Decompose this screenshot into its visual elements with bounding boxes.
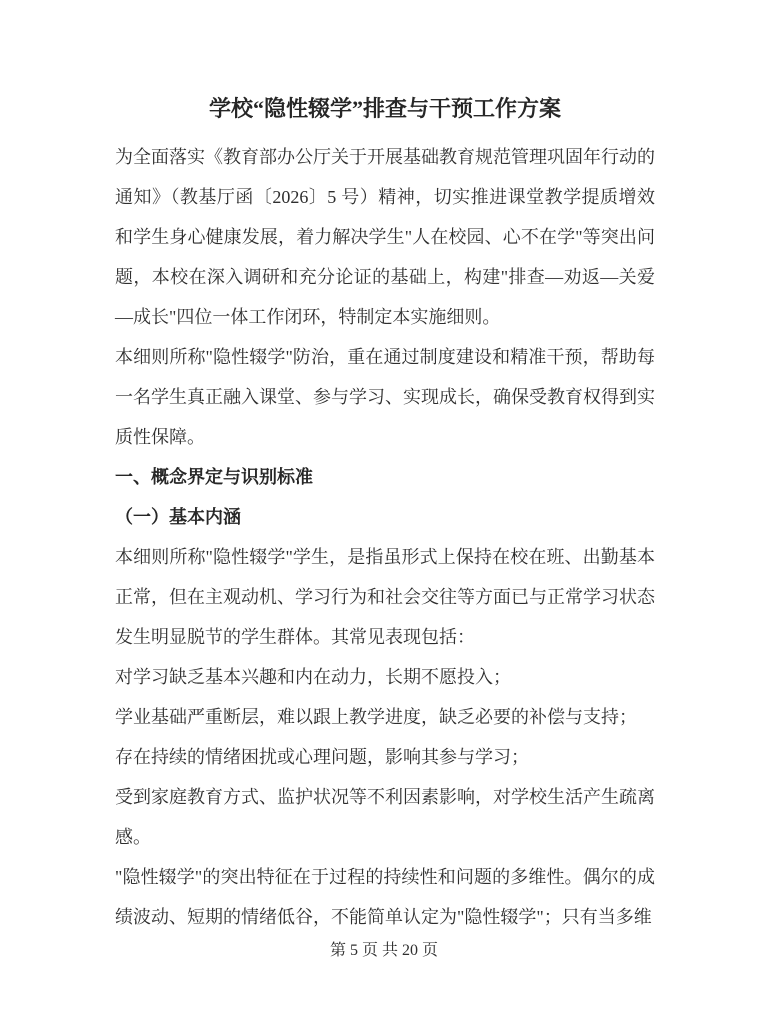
paragraph-purpose: 本细则所称"隐性辍学"防治，重在通过制度建设和精准干预，帮助每一名学生真正融入课… — [115, 337, 655, 457]
paragraph-symptom-motivation: 对学习缺乏基本兴趣和内在动力，长期不愿投入； — [115, 657, 655, 697]
document-page: 学校“隐性辍学”排查与干预工作方案 为全面落实《教育部办公厅关于开展基础教育规范… — [0, 0, 768, 1024]
paragraph-key-characteristics: "隐性辍学"的突出特征在于过程的持续性和问题的多维性。偶尔的成绩波动、短期的情绪… — [115, 857, 655, 937]
paragraph-symptom-academic-gap: 学业基础严重断层，难以跟上教学进度，缺乏必要的补偿与支持； — [115, 697, 655, 737]
paragraph-definition: 本细则所称"隐性辍学"学生，是指虽形式上保持在校在班、出勤基本正常，但在主观动机… — [115, 537, 655, 657]
section-1-heading: 一、概念界定与识别标准 — [115, 457, 655, 497]
paragraph-policy-basis: 为全面落实《教育部办公厅关于开展基础教育规范管理巩固年行动的通知》（教基厅函〔2… — [115, 137, 655, 337]
page-number-footer: 第 5 页 共 20 页 — [0, 939, 768, 963]
section-1-1-heading: （一）基本内涵 — [115, 497, 655, 537]
paragraph-symptom-emotional: 存在持续的情绪困扰或心理问题，影响其参与学习； — [115, 737, 655, 777]
document-title: 学校“隐性辍学”排查与干预工作方案 — [115, 89, 655, 129]
paragraph-symptom-family: 受到家庭教育方式、监护状况等不利因素影响，对学校生活产生疏离感。 — [115, 777, 655, 857]
